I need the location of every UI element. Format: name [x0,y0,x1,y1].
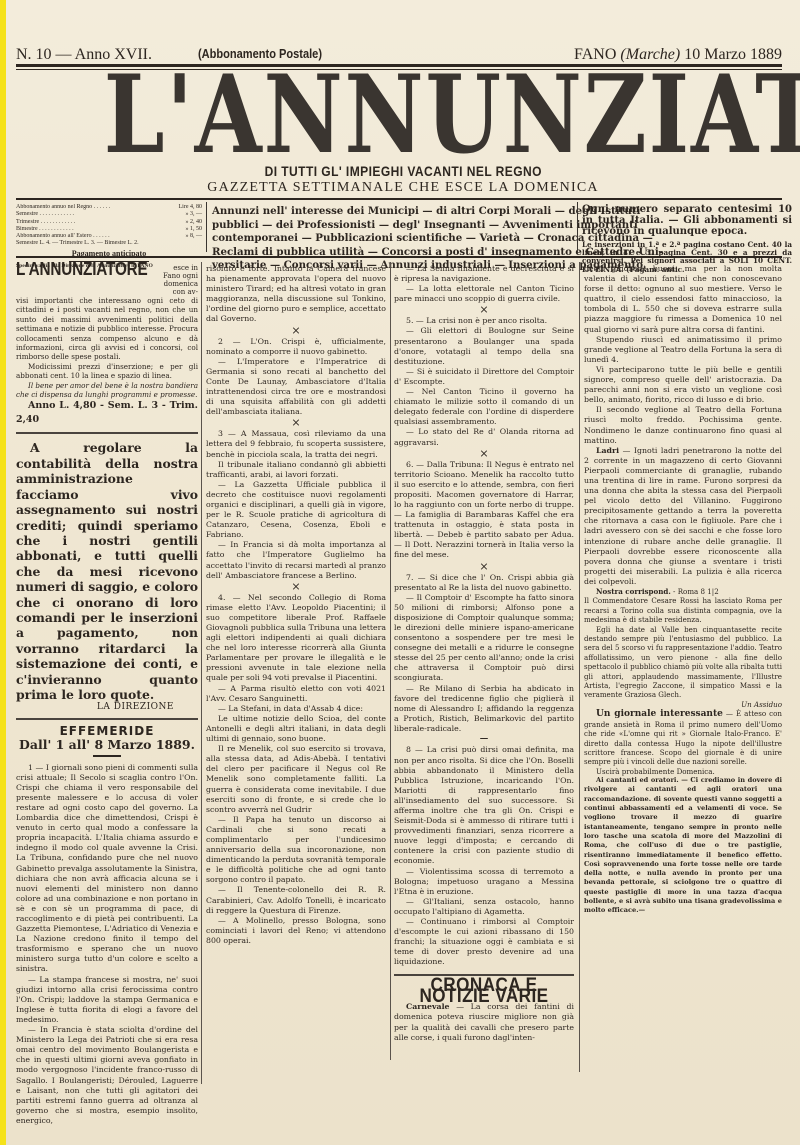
appeal-notice: A regolare la contabilità della nostra a… [16,440,198,702]
rate-row: Trimestre . . . . . . . . . . . .» 2, 40 [16,219,202,226]
news-item: 4. — Nel secondo Collegio di Roma rimase… [206,593,386,684]
cantanti-item: Ai cantanti ed oratori. — Ci crediamo in… [584,776,782,915]
rate-row: Abbonamento annuo all' Estero . . . . . … [16,233,202,240]
column-rule [390,262,391,1060]
column-4: denti giudicati buoni; ma per la non mol… [584,264,782,916]
intro-title: L'ANNUNZIATORE [16,264,171,275]
masthead-title: L'ANNUNZIATORE [63,72,749,158]
news-item: — L'Imperatore e l'Imperatrice di German… [206,357,386,418]
column-rule [579,262,580,1072]
effemeride-subtitle: Dall' 1 all' 8 Marzo 1889. [16,739,198,750]
news-item: Vi parteciparono tutte le più belle e ge… [584,365,782,405]
news-item: — La stampa francese si mostra, ne' suoi… [16,975,198,1025]
newspaper-page: N. 10 — Anno XVII. (Abbonamento Postale)… [6,0,800,1145]
giornale-item: Un giornale interessante — È atteso con … [584,709,782,766]
news-item: — La Stefani, in data d'Assab 4 dice: [206,704,386,714]
separator-cross: × [394,561,574,573]
news-item: — La lotta elettorale nel Canton Ticino … [394,284,574,304]
foreign-terms: Semestre L. 4. — Trimestre L. 3. — Bimes… [16,240,202,247]
news-item: — Gl'Italiani, senza ostacolo, hanno occ… [394,897,574,917]
news-item: risoluto e forte. Intanto la Camera fran… [206,264,386,325]
correspondent-signature: Un Assiduo [584,700,782,709]
masthead-tagline: GAZZETTA SETTIMANALE CHE ESCE LA DOMENIC… [6,180,800,196]
column-divider [577,202,578,252]
news-item: — Il Papa ha tenuto un discorso ai Cardi… [206,815,386,886]
intro-prices: Modicissimi prezzi d'inserzione; e per g… [16,362,198,381]
column-2: risoluto e forte. Intanto la Camera fran… [206,264,386,946]
separator-cross: × [206,417,386,429]
news-item: — Gli elettori di Boulogne sur Seine pre… [394,326,574,366]
intro-side-text: esce in Fano ogni domenica con av- [155,264,198,296]
corrispondenza-item: Nostra corrispond. - Roma 8 1|2 [584,587,782,596]
rate-row: Bimestre . . . . . . . . . . . .» 1, 50 [16,226,202,233]
news-item: — Lo stato del Re d' Olanda ritorna ad a… [394,427,574,447]
news-item: 8 — La crisi può dirsi omai definita, ma… [394,745,574,866]
appeal-signature: LA DIREZIONE [16,702,198,713]
info-band-rule [16,256,782,258]
news-item: — A Molinello, presso Bologna, sono comi… [206,916,386,946]
info-band: Abbonamento annuo nel Regno . . . . . .L… [16,198,782,254]
news-item: Le ultime notizie dello Scioa, del conte… [206,714,386,744]
news-item: — La Gazzetta Ufficiale pubblica il decr… [206,480,386,541]
news-item: — Re Milano di Serbia ha abdicato in fav… [394,684,574,734]
column-rule [201,262,202,1084]
news-item: — La Senna finalmente è decresciuta e si… [394,264,574,284]
cronaca-title: CRONACA E NOTIZIE VARIE [394,980,574,1003]
separator-dash: — [394,734,574,745]
rate-row: Semestre . . . . . . . . . . . .» 3, — [16,211,202,218]
news-item: — Si è suicidato il Direttore del Compto… [394,367,574,387]
separator-cross: × [394,304,574,316]
rate-row: Abbonamento annuo nel Regno . . . . . .L… [16,204,202,211]
carnevale-item: Carnevale — La corsa dei fantini di dome… [394,1002,574,1042]
separator-cross: × [394,448,574,460]
news-item: — In Francia si dà molta importanza al f… [206,540,386,580]
news-item: Uscirà probabilmente Domenica. [584,767,782,776]
single-issue-price: Ogni numero separato centesimi 10 in tut… [582,204,792,237]
news-item: Il Commendatore Cesare Rossi ha lasciato… [584,596,782,624]
news-item: 7. — Si dice che l' On. Crispi abbia già… [394,573,574,593]
news-item: Stupendo riuscì ed animatissimo il primo… [584,335,782,365]
intro-motto: Il bene per amor del bene è la nostra ba… [16,381,198,400]
news-item: denti giudicati buoni; ma per la non mol… [584,264,782,335]
effemeride-title: EFFEMERIDE [16,726,198,737]
news-item: — Il Tenente-colonello dei R. R. Carabin… [206,885,386,915]
separator-cross: × [206,325,386,337]
effemeride-col1: 1 — I giornali sono pieni di commenti su… [16,763,198,1126]
intro-block: L'ANNUNZIATORE esce in Fano ogni domenic… [16,264,198,427]
news-item: Il tribunale italiano condannò gli abbie… [206,460,386,480]
news-item: Il secondo veglione al Teatro della Fort… [584,405,782,445]
news-item: 1 — I giornali sono pieni di commenti su… [16,763,198,975]
news-item: — In Francia è stata sciolta d'ordine de… [16,1025,198,1126]
column-1: L'ANNUNZIATORE esce in Fano ogni domenic… [16,264,198,1126]
news-item: — Nel Canton Ticino il governo ha chiama… [394,387,574,427]
news-item: 3 — A Massaua, così rileviamo da una let… [206,429,386,459]
intro-body: visi importanti che interessano ogni cet… [16,296,198,362]
column-divider [206,202,207,252]
news-item: Egli ha date al Valle ben cinquantasette… [584,625,782,700]
column-3: — La Senna finalmente è decresciuta e si… [394,264,574,1043]
intro-rates: Anno L. 4,80 - Sem. L. 3 - Trim. 2,40 [16,399,198,427]
news-item: — Violentissima scossa di terremoto a Bo… [394,867,574,897]
ladri-item: Ladri — Ignoti ladri penetrarono la nott… [584,446,782,587]
separator-cross: × [206,581,386,593]
news-item: — Il Comptoir d' Escompte ha fatto sinor… [394,593,574,684]
masthead-subtitle: DI TUTTI GL' IMPIEGHI VACANTI NEL REGNO [6,163,800,179]
news-item: — Continuano i rimborsi al Comptoir d'es… [394,917,574,967]
news-item: 2 — L'On. Crispi è, ufficialmente, nomin… [206,337,386,357]
announcement-box: Annunzi nell' interesse dei Municipi — d… [212,205,574,273]
news-item: 5. — La crisi non è per anco risolta. [394,316,574,326]
news-item: — A Parma risultò eletto con voti 4021 l… [206,684,386,704]
news-item: 6. — Dalla Tribuna: Il Negus è entrato n… [394,460,574,561]
news-item: Il re Menelik, col suo esercito si trova… [206,744,386,815]
